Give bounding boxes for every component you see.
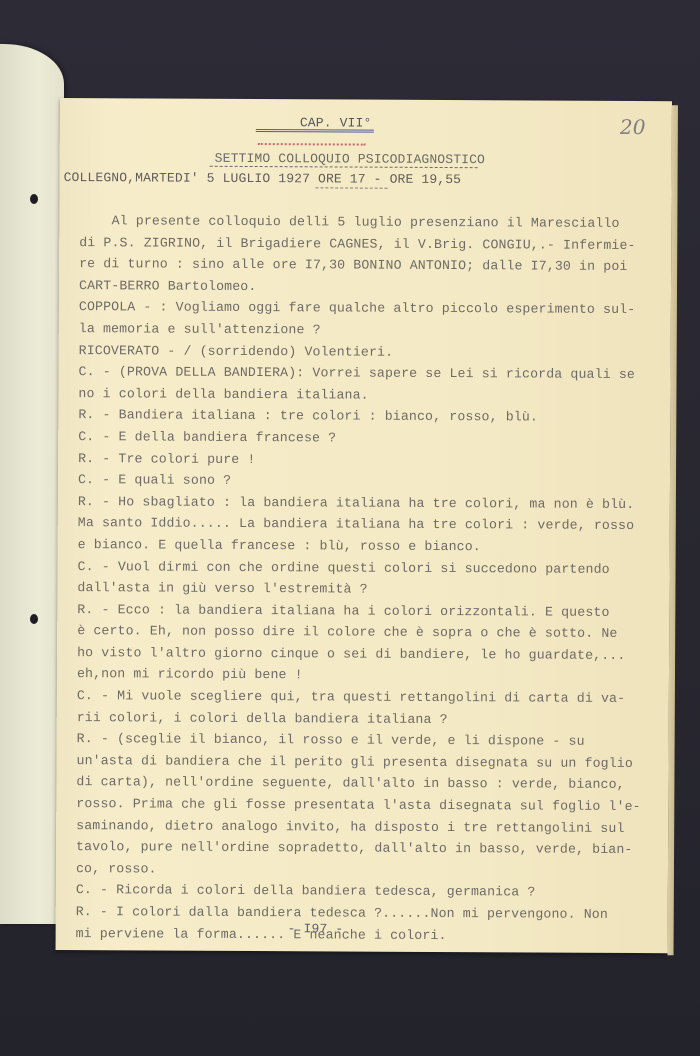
text-line: C. - Vuol dirmi con che ordine questi co… [77, 556, 645, 581]
text-line: co, rosso. [76, 858, 644, 883]
text-line: R. - I colori dalla bandiera tedesca ?..… [76, 901, 644, 926]
text-line: dall'asta in giù verso l'estremità ? [77, 577, 645, 602]
session-title-underline [210, 166, 478, 168]
session-title: SETTIMO COLLOQUIO PSICODIAGNOSTICO [215, 151, 485, 167]
chapter-underline [256, 129, 374, 133]
text-line: CART-BERRO Bartolomeo. [79, 275, 647, 300]
text-line: mi perviene la forma...... E neanche i c… [76, 923, 644, 948]
text-line: re di turno : sino alle ore I7,30 BONINO… [79, 253, 647, 278]
text-line: COPPOLA - : Vogliamo oggi fare qualche a… [79, 296, 647, 321]
date-underline [316, 187, 388, 188]
text-line: C. - E quali sono ? [78, 469, 646, 494]
text-line: di P.S. ZIGRINO, il Brigadiere CAGNES, i… [79, 232, 647, 257]
text-line: C. - Ricorda i colori della bandiera ted… [76, 880, 644, 905]
text-line: tavolo, pure nell'ordine sopradetto, dal… [76, 836, 644, 861]
text-line: rosso. Prima che gli fosse presentata l'… [76, 793, 644, 818]
text-line: R. - (sceglie il bianco, il rosso e il v… [77, 728, 645, 753]
text-line: no i colori della bandiera italiana. [78, 383, 646, 408]
text-line: R. - Tre colori pure ! [78, 448, 646, 473]
text-line: saminando, dietro analogo invito, ha dis… [76, 815, 644, 840]
transcript-body: Al presente colloquio delli 5 luglio pre… [76, 210, 648, 947]
date-location-line: COLLEGNO,MARTEDI' 5 LUGLIO 1927 ORE 17 -… [64, 170, 462, 187]
text-line: R. - Ho sbagliato : la bandiera italiana… [78, 491, 646, 516]
text-line: C. - Mi vuole scegliere qui, tra questi … [77, 685, 645, 710]
binder-hole [30, 614, 38, 624]
text-line: ho visto l'altro giorno cinque o sei di … [77, 642, 645, 667]
text-line: Ma santo Iddio..... La bandiera italiana… [78, 512, 646, 537]
text-line: R. - Ecco : la bandiera italiana ha i co… [77, 599, 645, 624]
text-line: è certo. Eh, non posso dire il colore ch… [77, 620, 645, 645]
text-line: e bianco. E quella francese : blù, rosso… [78, 534, 646, 559]
dotted-mark [258, 143, 366, 146]
text-line: C. - (PROVA DELLA BANDIERA): Vorrei sape… [79, 361, 647, 386]
text-line: la memoria e sull'attenzione ? [79, 318, 647, 343]
text-line: RICOVERATO - / (sorridendo) Volentieri. [79, 340, 647, 365]
text-line: Al presente colloquio delli 5 luglio pre… [79, 210, 647, 235]
page-number: - I97 - [288, 921, 344, 936]
text-line: R. - Bandiera italiana : tre colori : bi… [78, 404, 646, 429]
text-line: rii colori, i colori della bandiera ital… [77, 707, 645, 732]
previous-page-leaf [0, 44, 64, 924]
binder-hole [30, 194, 38, 204]
text-line: un'asta di bandiera che il perito gli pr… [76, 750, 644, 775]
handwritten-folio-number: 20 [620, 115, 646, 139]
text-line: C. - E della bandiera francese ? [78, 426, 646, 451]
text-line: eh,non mi ricordo più bene ! [77, 664, 645, 689]
typewritten-page: 20 CAP. VII° SETTIMO COLLOQUIO PSICODIAG… [56, 98, 672, 953]
text-line: di carta), nell'ordine seguente, dall'al… [76, 772, 644, 797]
